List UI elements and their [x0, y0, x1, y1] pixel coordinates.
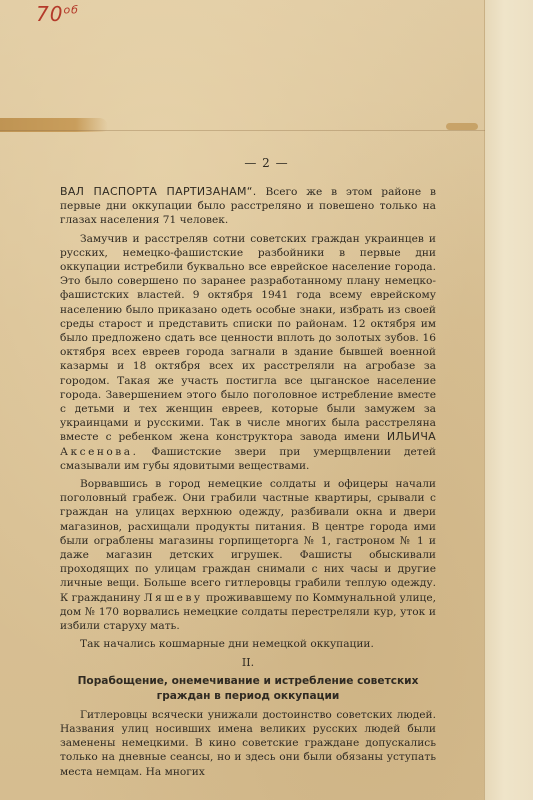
spaced-name: Ляшеву	[144, 592, 203, 604]
paragraph: Ворвавшись в город немецкие солдаты и оф…	[60, 477, 436, 633]
page-number: — 2 —	[0, 156, 533, 170]
archive-folio-number: 70	[36, 2, 63, 26]
archive-folio-mark: 70об	[36, 2, 79, 26]
archive-folio-suffix: об	[63, 3, 79, 16]
document-body: ВАЛ ПАСПОРТА ПАРТИЗАНАМ“. Всего же в это…	[60, 185, 436, 783]
paragraph-continued: ВАЛ ПАСПОРТА ПАРТИЗАНАМ“. Всего же в это…	[60, 185, 436, 228]
fold-line	[0, 130, 485, 131]
paragraph-text: Замучив и расстреляв сотни советских гра…	[60, 233, 436, 444]
tape-stain-right	[446, 123, 478, 130]
paragraph: Так начались кошмарные дни немецкой окку…	[60, 637, 436, 651]
caps-name: ИЛЬИЧА	[387, 430, 436, 443]
paragraph-text: Так начались кошмарные дни немецкой окку…	[80, 638, 374, 650]
section-title: Порабощение, онемечивание и истребление …	[60, 674, 436, 704]
section-number: II.	[60, 656, 436, 670]
caps-lead: ВАЛ ПАСПОРТА ПАРТИЗАНАМ“.	[60, 185, 257, 198]
paragraph: Замучив и расстреляв сотни советских гра…	[60, 232, 436, 473]
paragraph: Гитлеровцы всячески унижали достоинство …	[60, 708, 436, 779]
paragraph-text: Гитлеровцы всячески унижали достоинство …	[60, 709, 436, 778]
paper-edge-strip	[484, 0, 533, 800]
spaced-name: Аксенова.	[60, 446, 138, 458]
paragraph-text: Ворвавшись в город немецкие солдаты и оф…	[60, 478, 436, 604]
